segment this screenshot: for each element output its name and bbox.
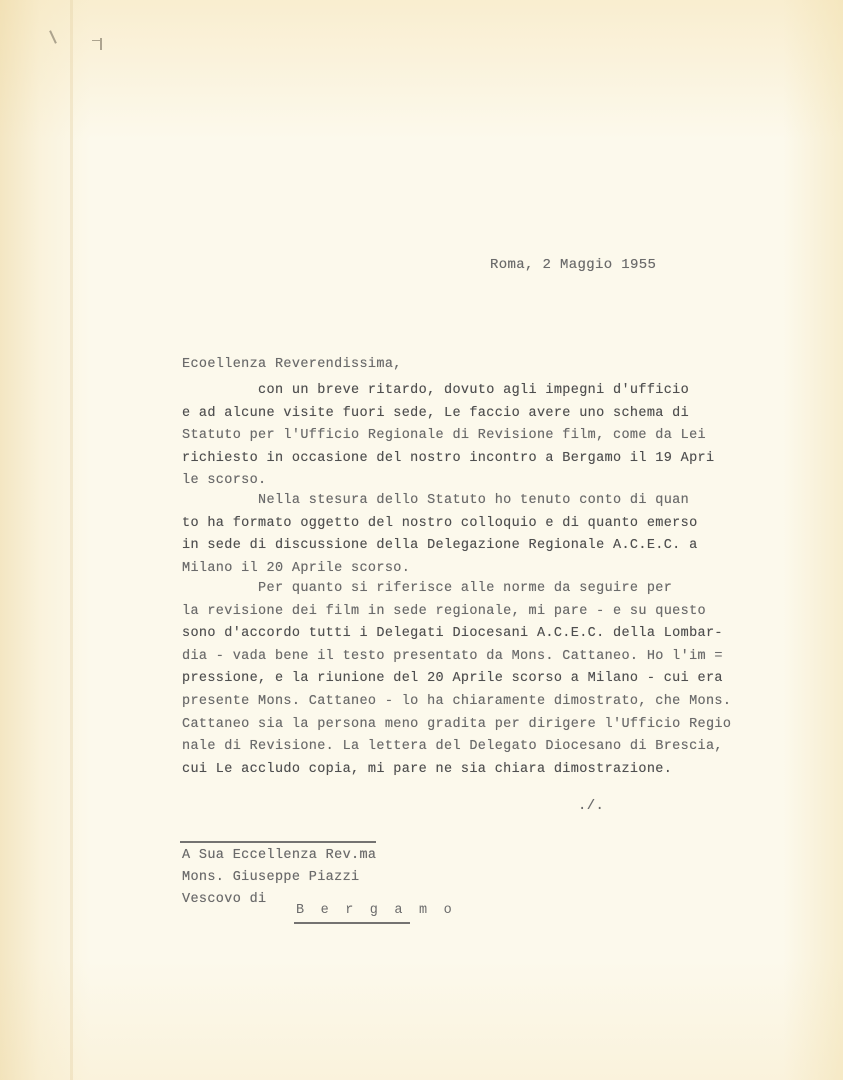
paragraph-line: in sede di discussione della Delegazione… [182, 538, 698, 553]
recipient-block: A Sua Eccellenza Rev.ma Mons. Giuseppe P… [182, 845, 376, 911]
paragraph-line: con un breve ritardo, dovuto agli impegn… [182, 383, 689, 398]
paragraph-line: dia - vada bene il testo presentato da M… [182, 649, 723, 664]
paragraph-line: e ad alcune visite fuori sede, Le faccio… [182, 406, 689, 421]
body-paragraph-3: Per quanto si riferisce alle norme da se… [182, 578, 731, 781]
letter-page: Roma, 2 Maggio 1955 Ecoellenza Reverendi… [0, 0, 843, 1080]
paragraph-line: Nella stesura dello Statuto ho tenuto co… [182, 493, 689, 508]
paragraph-line: sono d'accordo tutti i Delegati Diocesan… [182, 626, 723, 641]
pencil-mark [49, 30, 57, 44]
paragraph-line: to ha formato oggetto del nostro colloqu… [182, 516, 698, 531]
paragraph-line: richiesto in occasione del nostro incont… [182, 451, 714, 466]
recipient-line: Mons. Giuseppe Piazzi [182, 870, 359, 885]
continuation-mark: ./. [578, 795, 604, 818]
city-underline [294, 922, 410, 924]
paper-fold-shadow [70, 0, 73, 1080]
paragraph-line: presente Mons. Cattaneo - lo ha chiarame… [182, 694, 731, 709]
recipient-city: B e r g a m o [296, 903, 456, 918]
place-date: Roma, 2 Maggio 1955 [490, 254, 656, 277]
paragraph-line: nale di Revisione. La lettera del Delega… [182, 739, 723, 754]
body-paragraph-2: Nella stesura dello Statuto ho tenuto co… [182, 490, 698, 580]
paragraph-line: Statuto per l'Ufficio Regionale di Revis… [182, 428, 706, 443]
paragraph-line: la revisione dei film in sede regionale,… [182, 604, 706, 619]
recipient-line: Vescovo di [182, 892, 267, 907]
salutation: Ecoellenza Reverendissima, [182, 354, 402, 377]
paragraph-line: cui Le accludo copia, mi pare ne sia chi… [182, 762, 672, 777]
paragraph-line: Per quanto si riferisce alle norme da se… [182, 581, 672, 596]
body-paragraph-1: con un breve ritardo, dovuto agli impegn… [182, 380, 714, 493]
recipient-line: A Sua Eccellenza Rev.ma [182, 848, 376, 863]
paragraph-line: pressione, e la riunione del 20 Aprile s… [182, 671, 723, 686]
recipient-divider [180, 841, 376, 843]
pencil-mark [100, 38, 102, 50]
paragraph-line: le scorso. [182, 473, 267, 488]
paragraph-line: Cattaneo sia la persona meno gradita per… [182, 717, 731, 732]
paragraph-line: Milano il 20 Aprile scorso. [182, 561, 410, 576]
pencil-mark [92, 40, 100, 41]
